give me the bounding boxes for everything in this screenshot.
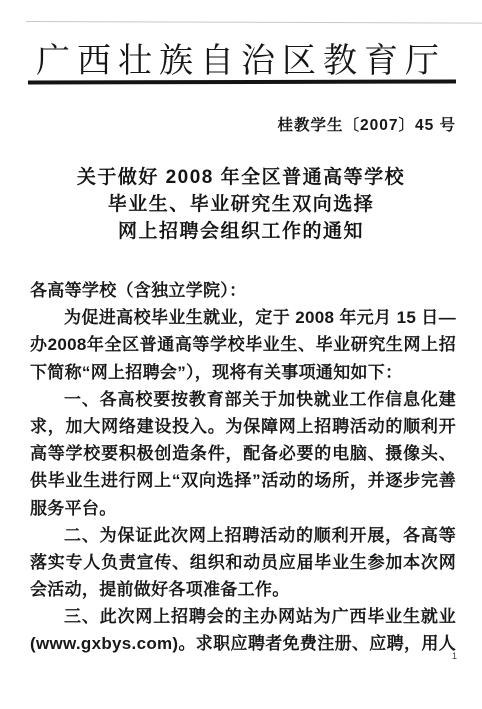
body-text-line: 办2008年全区普通高等学校毕业生、毕业研究生网上招聘会（以 — [30, 331, 456, 358]
notice-title-line: 网上招聘会组织工作的通知 — [0, 218, 482, 245]
notice-title: 关于做好 2008 年全区普通高等学校毕业生、毕业研究生双向选择网上招聘会组织工… — [0, 164, 482, 245]
body-text-line: 求，加大网络建设投入。为保障网上招聘活动的顺利开展，各 — [30, 413, 456, 440]
notice-document-page: 广西壮族自治区教育厅 桂教学生〔2007〕45 号 关于做好 2008 年全区普… — [0, 0, 482, 709]
notice-title-line: 毕业生、毕业研究生双向选择 — [0, 191, 482, 218]
body-text-line: 为促进高校毕业生就业，定于 2008 年元月 15 日—31 日举 — [30, 304, 456, 331]
body-text-line: 高等学校要积极创造条件，配备必要的电脑、摄像头、话筒和 — [30, 440, 456, 467]
body-text-line: 落实专人负责宣传、组织和动员应届毕业生参加本次网上招聘 — [30, 549, 456, 576]
body-text-line: 各高等学校（含独立学院）： — [30, 277, 456, 304]
notice-title-line: 关于做好 2008 年全区普通高等学校 — [0, 164, 482, 191]
document-reference-number: 桂教学生〔2007〕45 号 — [277, 113, 456, 135]
body-text-line: 三、此次网上招聘会的主办网站为广西毕业生就业网 — [30, 603, 456, 630]
body-text-line: (www.gxbys.com)。求职应聘者免费注册、应聘，用人单位免费 — [30, 630, 456, 657]
body-text-line: 一、各高校要按教育部关于加快就业工作信息化建设的要 — [30, 386, 456, 413]
body-text-line: 二、为保证此次网上招聘活动的顺利开展，各高等学校要 — [30, 522, 456, 549]
body-text-line: 服务平台。 — [30, 495, 456, 522]
body-text-line: 下简称“网上招聘会”），现将有关事项通知如下： — [30, 359, 456, 386]
notice-body: 各高等学校（含独立学院）：为促进高校毕业生就业，定于 2008 年元月 15 日… — [30, 277, 456, 658]
letterhead-org-title: 广西壮族自治区教育厅 — [0, 33, 482, 82]
body-text-line: 会活动，提前做好各项准备工作。 — [30, 576, 456, 603]
body-text-line: 供毕业生进行网上“双向选择”活动的场所，并逐步完善网络 — [30, 467, 456, 494]
top-scan-artifact-line — [26, 21, 482, 24]
page-number: 1 — [452, 651, 457, 661]
letterhead-divider-rule — [28, 79, 456, 84]
